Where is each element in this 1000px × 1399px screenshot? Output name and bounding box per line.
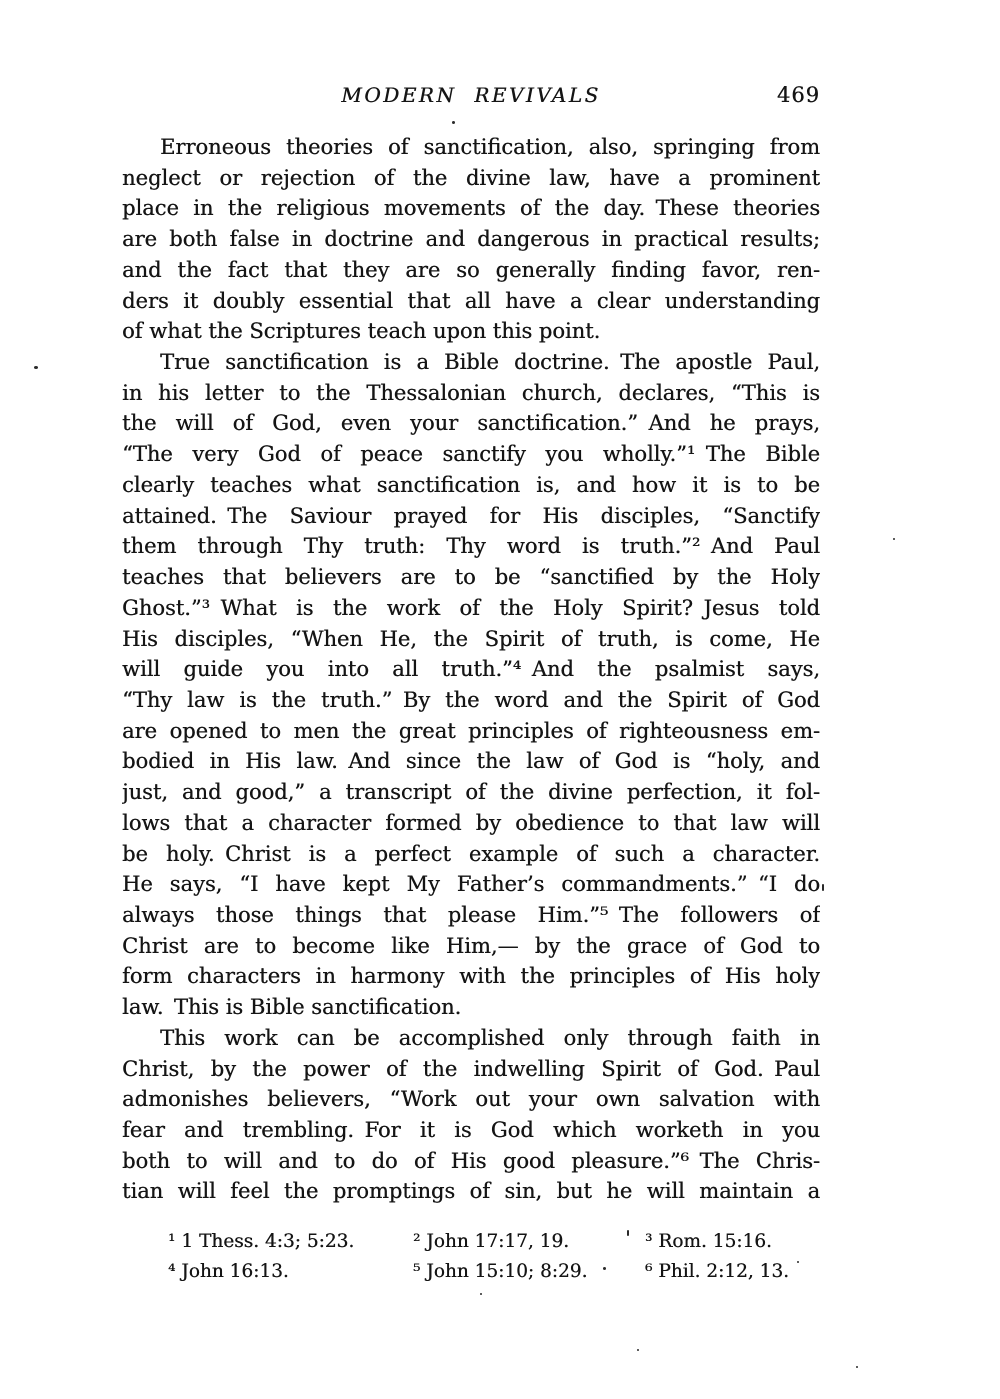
scan-speck	[603, 1267, 606, 1270]
scan-speck	[627, 1230, 629, 1236]
text-line: fear and trembling. For it is God which …	[122, 1115, 820, 1146]
footnote-row: ¹ 1 Thess. 4:3; 5:23. ² John 17:17, 19. …	[122, 1227, 820, 1257]
text-line: This work can be accomplished only throu…	[122, 1023, 820, 1054]
text-line: clearly teaches what sanctification is, …	[122, 470, 820, 501]
text-line: ders it doubly essential that all have a…	[122, 286, 820, 317]
scan-speck	[893, 538, 895, 540]
scan-speck	[637, 1349, 639, 1351]
text-line: will guide you into all truth.”⁴ And the…	[122, 654, 820, 685]
text-line: always those things that please Him.”⁵ T…	[122, 900, 820, 931]
text-line: and the fact that they are so generally …	[122, 255, 820, 286]
text-line: teaches that believers are to be “sancti…	[122, 562, 820, 593]
text-line: tian will feel the promptings of sin, bu…	[122, 1176, 820, 1207]
text-line: He says, “I have kept My Father’s comman…	[122, 869, 820, 900]
text-line: Christ are to become like Him,— by the g…	[122, 931, 820, 962]
text-line: neglect or rejection of the divine law, …	[122, 163, 820, 194]
text-line: of what the Scriptures teach upon this p…	[122, 316, 820, 347]
text-line: are both false in doctrine and dangerous…	[122, 224, 820, 255]
footnote: ⁶ Phil. 2:12, 13.	[645, 1257, 789, 1287]
paragraph-3: This work can be accomplished only throu…	[122, 1023, 820, 1207]
text-line: bodied in His law. And since the law of …	[122, 746, 820, 777]
text-line: them through Thy truth: Thy word is trut…	[122, 531, 820, 562]
footnote: ² John 17:17, 19.	[413, 1227, 569, 1257]
text-line: place in the religious movements of the …	[122, 193, 820, 224]
text-line: are opened to men the great principles o…	[122, 716, 820, 747]
footnote-row: ⁴ John 16:13. ⁵ John 15:10; 8:29. ⁶ Phil…	[122, 1257, 820, 1287]
text-line: Christ, by the power of the indwelling S…	[122, 1054, 820, 1085]
text-line: the will of God, even your sanctificatio…	[122, 408, 820, 439]
text-line: just, and good,” a transcript of the div…	[122, 777, 820, 808]
running-head-title: MODERN REVIVALS	[122, 83, 820, 107]
footnote: ¹ 1 Thess. 4:3; 5:23.	[168, 1227, 354, 1257]
text-line: in his letter to the Thessalonian church…	[122, 378, 820, 409]
text-line: lows that a character formed by obedienc…	[122, 808, 820, 839]
text-line: “The very God of peace sanctify you whol…	[122, 439, 820, 470]
paragraph-2: True sanctification is a Bible doctrine.…	[122, 347, 820, 1023]
footnote: ⁴ John 16:13.	[168, 1257, 289, 1287]
paragraph-1: Erroneous theories of sanctification, al…	[122, 132, 820, 347]
text-line: admonishes believers, “Work out your own…	[122, 1084, 820, 1115]
book-page: MODERN REVIVALS 469 Erroneous theories o…	[0, 0, 1000, 1399]
text-line: Erroneous theories of sanctification, al…	[122, 132, 820, 163]
text-line: True sanctification is a Bible doctrine.…	[122, 347, 820, 378]
text-line: form characters in harmony with the prin…	[122, 961, 820, 992]
scan-speck	[34, 366, 38, 369]
text-line: Ghost.”³ What is the work of the Holy Sp…	[122, 593, 820, 624]
text-line: law. This is Bible sanctification.	[122, 992, 820, 1023]
footnote: ³ Rom. 15:16.	[645, 1227, 772, 1257]
text-line: be holy. Christ is a perfect example of …	[122, 839, 820, 870]
footnote: ⁵ John 15:10; 8:29.	[413, 1257, 587, 1287]
text-line: attained. The Saviour prayed for His dis…	[122, 501, 820, 532]
text-line: His disciples, “When He, the Spirit of t…	[122, 624, 820, 655]
footnotes: ¹ 1 Thess. 4:3; 5:23. ² John 17:17, 19. …	[122, 1227, 820, 1287]
scan-speck	[856, 1366, 858, 1368]
text-line: “Thy law is the truth.” By the word and …	[122, 685, 820, 716]
scan-speck	[822, 884, 824, 891]
scan-speck	[797, 1261, 799, 1263]
scan-speck	[480, 1293, 482, 1295]
page-number: 469	[777, 83, 820, 107]
text-line: both to will and to do of His good pleas…	[122, 1146, 820, 1177]
running-head: MODERN REVIVALS 469	[122, 83, 820, 113]
body-text: Erroneous theories of sanctification, al…	[122, 132, 820, 1207]
scan-speck	[452, 121, 455, 124]
